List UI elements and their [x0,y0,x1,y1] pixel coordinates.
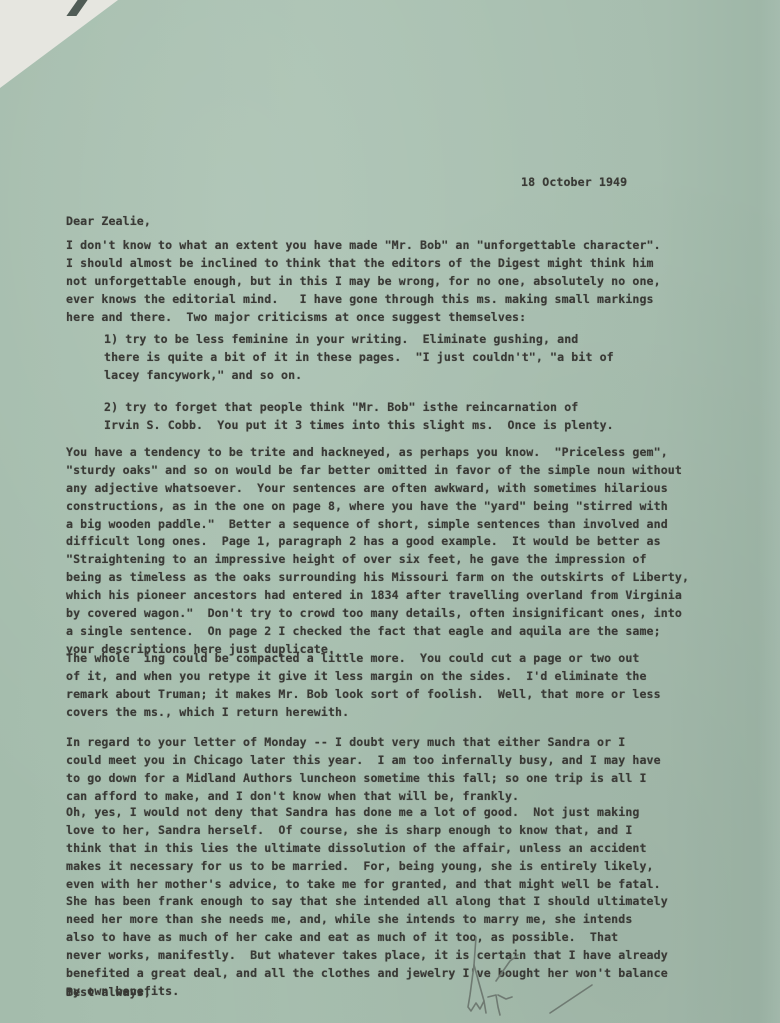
text-line: even with her mother's advice, to take m… [66,876,668,894]
closing: Best always, [66,985,151,999]
text-line: think that in this lies the ultimate dis… [66,840,668,858]
paragraph-1: I don't know to what an extent you have … [66,237,661,326]
text-line: ever knows the editorial mind. I have go… [66,291,661,309]
text-line: there is quite a bit of it in these page… [104,349,614,367]
text-line: need her more than she needs me, and, wh… [66,911,668,929]
text-line: a big wooden paddle." Better a sequence … [66,516,689,534]
text-line: "sturdy oaks" and so on would be far bet… [66,462,689,480]
criticism-1: 1) try to be less feminine in your writi… [104,331,614,385]
text-line: which his pioneer ancestors had entered … [66,587,689,605]
text-line: of it, and when you retype it give it le… [66,668,661,686]
text-line: You have a tendency to be trite and hack… [66,444,689,462]
signature-icon [440,935,640,1023]
typewritten-letter: 18 October 1949 Dear Zealie, I don't kno… [0,0,780,1023]
text-line: by covered wagon." Don't try to crowd to… [66,605,689,623]
text-line: She has been frank enough to say that sh… [66,893,668,911]
text-line: here and there. Two major criticisms at … [66,309,661,327]
text-line: In regard to your letter of Monday -- I … [66,734,661,752]
text-line: Oh, yes, I would not deny that Sandra ha… [66,804,668,822]
text-line: lacey fancywork," and so on. [104,367,614,385]
text-line: could meet you in Chicago later this yea… [66,752,661,770]
paragraph-2: You have a tendency to be trite and hack… [66,444,689,659]
paragraph-4: In regard to your letter of Monday -- I … [66,734,661,806]
text-line: "Straightening to an impressive height o… [66,551,689,569]
text-line: can afford to make, and I don't know whe… [66,788,661,806]
text-line: makes it necessary for us to be married.… [66,858,668,876]
paragraph-3: The whole ing could be compacted a littl… [66,650,661,722]
text-line: to go down for a Midland Authors luncheo… [66,770,661,788]
text-line: a single sentence. On page 2 I checked t… [66,623,689,641]
text-line: not unforgettable enough, but in this I … [66,273,661,291]
text-line: any adjective whatsoever. Your sentences… [66,480,689,498]
text-line: 2) try to forget that people think "Mr. … [104,399,614,417]
text-line: constructions, as in the one on page 8, … [66,498,689,516]
text-line: The whole ing could be compacted a littl… [66,650,661,668]
text-line: 1) try to be less feminine in your writi… [104,331,614,349]
criticism-2: 2) try to forget that people think "Mr. … [104,399,614,435]
text-line: covers the ms., which I return herewith. [66,704,661,722]
text-line: remark about Truman; it makes Mr. Bob lo… [66,686,661,704]
letter-date: 18 October 1949 [521,175,627,189]
text-line: I don't know to what an extent you have … [66,237,661,255]
text-line: I should almost be inclined to think tha… [66,255,661,273]
text-line: being as timeless as the oaks surroundin… [66,569,689,587]
text-line: love to her, Sandra herself. Of course, … [66,822,668,840]
text-line: Irvin S. Cobb. You put it 3 times into t… [104,417,614,435]
salutation: Dear Zealie, [66,214,151,228]
text-line: difficult long ones. Page 1, paragraph 2… [66,533,689,551]
